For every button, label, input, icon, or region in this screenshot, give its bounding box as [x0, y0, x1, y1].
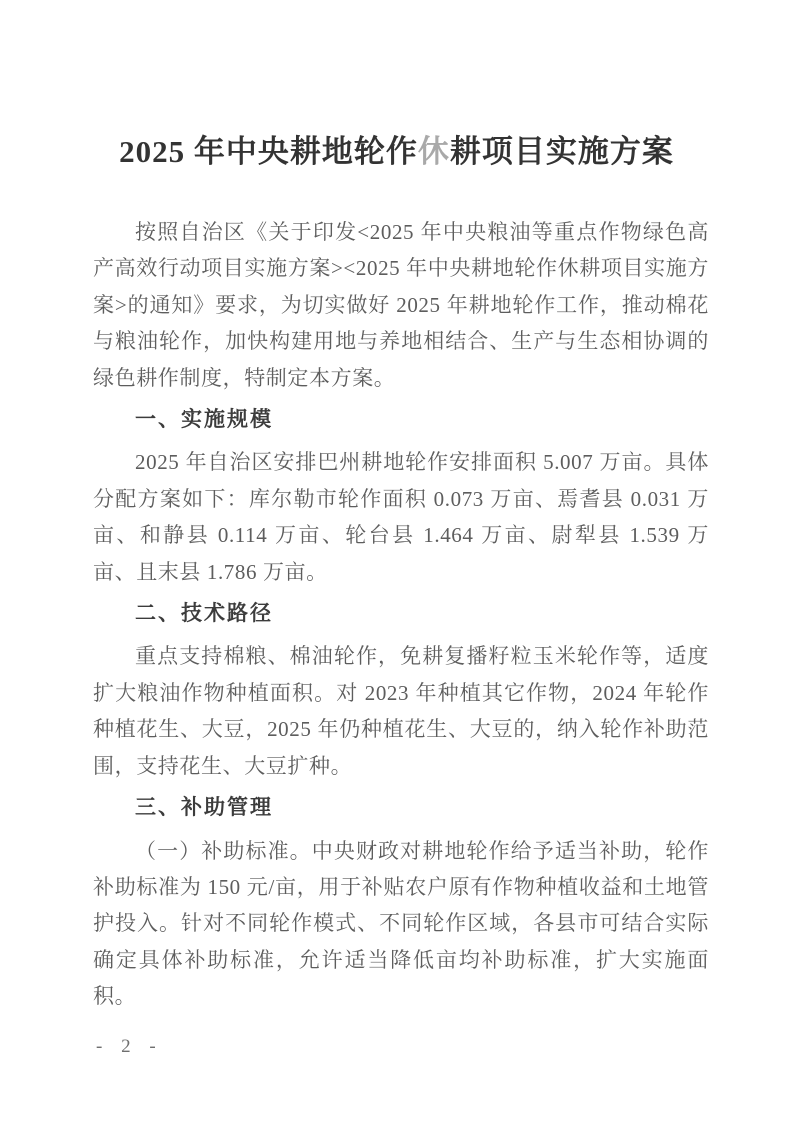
- page-number: - 2 -: [96, 1036, 163, 1058]
- body-paragraph: 2025 年自治区安排巴州耕地轮作安排面积 5.007 万亩。具体分配方案如下：…: [93, 444, 709, 590]
- section-heading: 一、实施规模: [93, 402, 709, 438]
- body-paragraph: 按照自治区《关于印发<2025 年中央粮油等重点作物绿色高产高效行动项目实施方案…: [93, 214, 709, 396]
- document-title: 2025 年中央耕地轮作休耕项目实施方案: [0, 130, 793, 174]
- title-part2: 耕项目实施方案: [450, 134, 674, 169]
- body-paragraph: （一）补助标准。中央财政对耕地轮作给予适当补助，轮作补助标准为 150 元/亩，…: [93, 833, 709, 1015]
- body-paragraph: 重点支持棉粮、棉油轮作，免耕复播籽粒玉米轮作等，适度扩大粮油作物种植面积。对 2…: [93, 638, 709, 784]
- title-part1: 2025 年中央耕地轮作: [119, 134, 418, 169]
- section-heading: 二、技术路径: [93, 596, 709, 632]
- section-heading: 三、补助管理: [93, 790, 709, 826]
- document-body: 按照自治区《关于印发<2025 年中央粮油等重点作物绿色高产高效行动项目实施方案…: [93, 214, 709, 1015]
- document-page: 2025 年中央耕地轮作休耕项目实施方案 按照自治区《关于印发<2025 年中央…: [0, 0, 793, 1121]
- title-faded-char: 休: [418, 134, 450, 169]
